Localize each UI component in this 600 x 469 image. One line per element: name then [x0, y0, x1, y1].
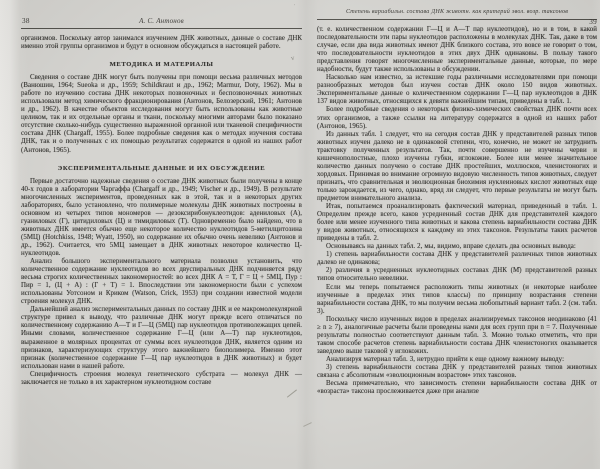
- paragraph: Поскольку число изученных видов в предел…: [317, 316, 597, 356]
- list-item-conclusion-3: 3) степень вариабильности состава ДНК у …: [317, 364, 597, 380]
- section-heading-methods: МЕТОДИКА И МАТЕРИАЛЫ: [21, 61, 302, 68]
- paragraph: (т. е. количественном содержании Г—Ц и А…: [317, 26, 597, 74]
- paragraph: Итак, попытаемся проанализировать фактич…: [317, 203, 597, 243]
- list-item-conclusion-2: 2) различия в усредненных нуклеотидных с…: [317, 267, 597, 283]
- paragraph: Сведения о составе ДНК могут быть получе…: [21, 74, 302, 154]
- book-spread: 38 А. С. Антонов организмов. Поскольку а…: [0, 0, 600, 469]
- paragraph: Весьма примечательно, что зависимость ст…: [317, 380, 597, 396]
- left-running-head: 38 А. С. Антонов: [21, 16, 302, 27]
- left-running-head-title: А. С. Антонов: [21, 16, 302, 26]
- left-page: 38 А. С. Антонов организмов. Поскольку а…: [21, 16, 302, 387]
- paragraph: организмов. Поскольку автор занимался из…: [21, 35, 302, 51]
- right-page-number: 39: [589, 17, 597, 27]
- pencil-mark: [287, 389, 297, 397]
- paragraph: Анализ большого экспериментального матер…: [21, 258, 302, 306]
- scan-speck: .: [293, 1, 296, 7]
- right-page-body: (т. е. количественном содержании Г—Ц и А…: [317, 26, 597, 396]
- paragraph: Анализируя материал табл. 3, нетрудно пр…: [317, 356, 597, 364]
- paragraph: Специфичность строения молекул генетичес…: [21, 371, 302, 387]
- paragraph: Если мы теперь попытаемся расположить ти…: [317, 284, 597, 316]
- left-page-body: организмов. Поскольку автор занимался из…: [21, 35, 302, 387]
- paragraph: Из данных табл. 1 следует, что на сегодн…: [317, 131, 597, 203]
- left-head-rule: [21, 28, 302, 29]
- paragraph: Более подробные сведения о некоторых физ…: [317, 106, 597, 130]
- left-page-number: 38: [22, 16, 30, 26]
- pencil-mark: [303, 422, 312, 427]
- right-page: Степень вариабильн. состава ДНК животн. …: [317, 7, 597, 396]
- list-item-conclusion-1: 1) степень вариабильности состава ДНК у …: [317, 251, 597, 267]
- right-running-head: Степень вариабильн. состава ДНК животн. …: [317, 7, 597, 18]
- paragraph: Дальнейший анализ экспериментальных данн…: [21, 306, 302, 370]
- right-running-head-title: Степень вариабильн. состава ДНК животн. …: [317, 7, 597, 17]
- paragraph: Первые достаточно надежные сведения о со…: [21, 178, 302, 258]
- right-head-rule: [317, 19, 597, 20]
- section-heading-experimental: ЭКСПЕРИМЕНТАЛЬНЫЕ ДАННЫЕ И ИХ ОБСУЖДЕНИЕ: [21, 165, 302, 172]
- paragraph: Насколько нам известно, за истекшие годы…: [317, 74, 597, 106]
